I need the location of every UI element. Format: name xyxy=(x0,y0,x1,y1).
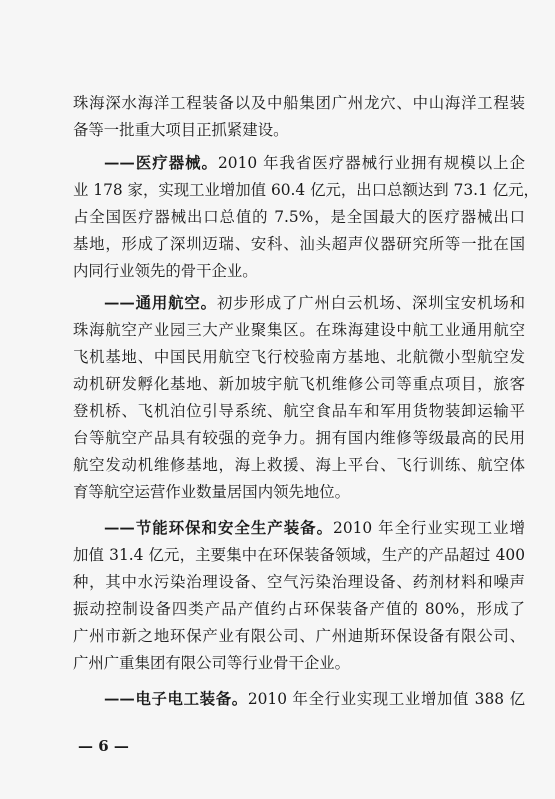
paragraph-line: 备等一批重大项目正抓紧建设。 xyxy=(73,119,525,141)
paragraph-line: 业 178 家，实现工业增加值 60.4 亿元，出口总额达到 73.1 亿元， xyxy=(73,179,525,201)
line-text: 内同行业领先的骨干企业。 xyxy=(73,262,258,280)
paragraph-line: 种，其中水污染治理设备、空气污染治理设备、药剂材料和噪声 xyxy=(73,571,525,593)
paragraph-line: 广州广重集团有限公司等行业骨干企业。 xyxy=(73,652,525,674)
paragraph-line: 广州市新之地环保产业有限公司、广州迪斯环保设备有限公司、 xyxy=(73,625,525,647)
paragraph-line: 台等航空产品具有较强的竞争力。拥有国内维修等级最高的民用 xyxy=(73,427,525,449)
line-text: 初步形成了广州白云机场、深圳宝安机场和 xyxy=(217,294,525,312)
line-text: 广州广重集团有限公司等行业骨干企业。 xyxy=(73,654,350,672)
line-text: 占全国医疗器械出口总值的 7.5%，是全国最大的医疗器械出口 xyxy=(73,208,525,226)
page-number: — 6 — xyxy=(78,735,129,757)
section-heading: ——节能环保和安全生产装备。 xyxy=(104,519,333,537)
line-text: 种，其中水污染治理设备、空气污染治理设备、药剂材料和噪声 xyxy=(73,573,525,591)
paragraph-line: 占全国医疗器械出口总值的 7.5%，是全国最大的医疗器械出口 xyxy=(73,206,525,228)
line-text: 登机桥、飞机泊位引导系统、航空食品车和军用货物装卸运输平 xyxy=(73,402,525,420)
paragraph-line: 育等航空运营作业数量居国内领先地位。 xyxy=(73,481,525,503)
paragraph-line: 飞机基地、中国民用航空飞行校验南方基地、北航微小型航空发 xyxy=(73,346,525,368)
section-heading-line: ——医疗器械。2010 年我省医疗器械行业拥有规模以上企 xyxy=(104,152,525,174)
line-text: 航空发动机维修基地，海上救援、海上平台、飞行训练、航空体 xyxy=(73,456,525,474)
section-heading-line: ——电子电工装备。2010 年全行业实现工业增加值 388 亿 xyxy=(104,688,525,710)
line-text: 基地，形成了深圳迈瑞、安科、汕头超声仪器研究所等一批在国 xyxy=(73,235,525,253)
document-page: 珠海深水海洋工程装备以及中船集团广州龙穴、中山海洋工程装备等一批重大项目正抓紧建… xyxy=(0,0,555,799)
line-text: 台等航空产品具有较强的竞争力。拥有国内维修等级最高的民用 xyxy=(73,429,525,447)
section-heading-line: ——节能环保和安全生产装备。2010 年全行业实现工业增 xyxy=(104,517,525,539)
line-text: 业 178 家，实现工业增加值 60.4 亿元，出口总额达到 73.1 亿元， xyxy=(73,181,539,199)
line-text: 动机研发孵化基地、新加坡宇航飞机维修公司等重点项目，旅客 xyxy=(73,375,525,393)
line-text: 备等一批重大项目正抓紧建设。 xyxy=(73,121,288,139)
paragraph-line: 基地，形成了深圳迈瑞、安科、汕头超声仪器研究所等一批在国 xyxy=(73,233,525,255)
line-text: 振动控制设备四类产品产值约占环保装备产值的 80%，形成了 xyxy=(73,600,525,618)
section-heading: ——电子电工装备。 xyxy=(104,690,248,708)
paragraph-line: 珠海深水海洋工程装备以及中船集团广州龙穴、中山海洋工程装 xyxy=(73,92,525,114)
section-heading: ——通用航空。 xyxy=(104,294,217,312)
line-text: 飞机基地、中国民用航空飞行校验南方基地、北航微小型航空发 xyxy=(73,348,525,366)
line-text: 2010 年全行业实现工业增 xyxy=(333,519,525,537)
line-text: 2010 年全行业实现工业增加值 388 亿 xyxy=(248,690,525,708)
paragraph-line: 航空发动机维修基地，海上救援、海上平台、飞行训练、航空体 xyxy=(73,454,525,476)
line-text: 2010 年我省医疗器械行业拥有规模以上企 xyxy=(218,154,525,172)
paragraph-line: 珠海航空产业园三大产业聚集区。在珠海建设中航工业通用航空 xyxy=(73,319,525,341)
line-text: 育等航空运营作业数量居国内领先地位。 xyxy=(73,483,350,501)
paragraph-line: 动机研发孵化基地、新加坡宇航飞机维修公司等重点项目，旅客 xyxy=(73,373,525,395)
line-text: 珠海航空产业园三大产业聚集区。在珠海建设中航工业通用航空 xyxy=(73,321,525,339)
paragraph-line: 登机桥、飞机泊位引导系统、航空食品车和军用货物装卸运输平 xyxy=(73,400,525,422)
paragraph-line: 加值 31.4 亿元，主要集中在环保装备领域，生产的产品超过 400 xyxy=(73,544,525,566)
section-heading-line: ——通用航空。初步形成了广州白云机场、深圳宝安机场和 xyxy=(104,292,525,314)
line-text: 加值 31.4 亿元，主要集中在环保装备领域，生产的产品超过 400 xyxy=(73,546,525,564)
section-heading: ——医疗器械。 xyxy=(104,154,218,172)
paragraph-line: 振动控制设备四类产品产值约占环保装备产值的 80%，形成了 xyxy=(73,598,525,620)
line-text: 珠海深水海洋工程装备以及中船集团广州龙穴、中山海洋工程装 xyxy=(73,94,525,112)
paragraph-line: 内同行业领先的骨干企业。 xyxy=(73,260,525,282)
line-text: 广州市新之地环保产业有限公司、广州迪斯环保设备有限公司、 xyxy=(73,627,525,645)
